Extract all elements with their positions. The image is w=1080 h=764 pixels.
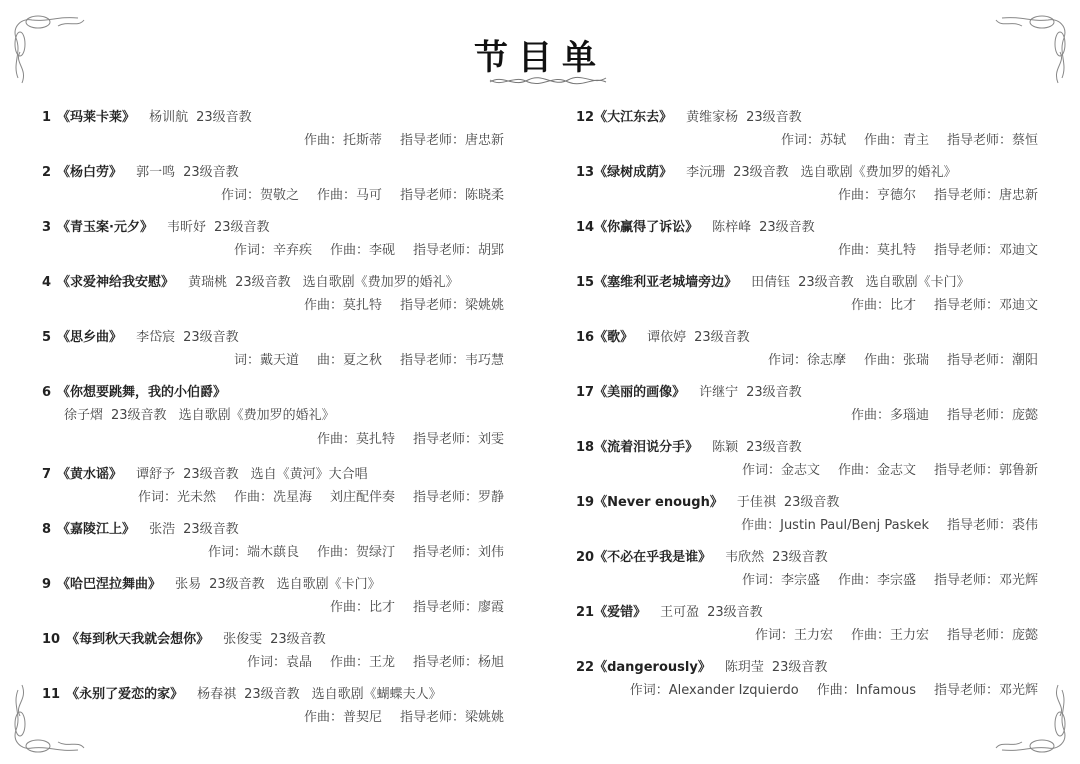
program-column-right: 12《大江东去》黄维家杨23级音教 作词：苏轼作曲：青主指导老师：蔡恒 13《绿… xyxy=(576,107,1038,712)
class-label: 23级音教 xyxy=(196,110,252,125)
credit: 作曲：王力宏 xyxy=(851,628,929,643)
source: 选自歌剧《卡门》 xyxy=(866,275,970,290)
performer: 谭舒予 xyxy=(136,467,175,482)
credit: 指导老师：郭鲁新 xyxy=(934,463,1038,478)
performer: 黄瑞桃 xyxy=(188,275,227,290)
credit: 指导老师：杨旭 xyxy=(413,655,504,670)
class-label: 23级音教 xyxy=(733,165,789,180)
item-number: 14 xyxy=(576,220,594,235)
credit: 作曲：李宗盛 xyxy=(838,573,916,588)
program-item: 18《流着泪说分手》陈颖23级音教 作词：金志文作曲：金志文指导老师：郭鲁新 xyxy=(576,437,1038,492)
program-item: 21《爱错》王可盈23级音教 作词：王力宏作曲：王力宏指导老师：庞懿 xyxy=(576,602,1038,657)
song-title: 《哈巴涅拉舞曲》 xyxy=(57,577,161,592)
credit: 作曲：王龙 xyxy=(330,655,395,670)
credit: 指导老师：唐忠新 xyxy=(934,188,1038,203)
program-item: 9《哈巴涅拉舞曲》张易23级音教选自歌剧《卡门》 作曲：比才指导老师：廖霞 xyxy=(42,574,504,629)
item-number: 12 xyxy=(576,110,594,125)
credit: 指导老师：庞懿 xyxy=(947,408,1038,423)
credit: 作曲：普契尼 xyxy=(304,710,382,725)
credit: 作曲：李砚 xyxy=(330,243,395,258)
credit: 指导老师：梁姚姚 xyxy=(400,710,504,725)
performer: 杨训航 xyxy=(149,110,188,125)
credit: 作词：贺敬之 xyxy=(221,188,299,203)
performer: 张俊雯 xyxy=(223,632,262,647)
class-label: 23级音教 xyxy=(183,165,239,180)
item-number: 9 xyxy=(42,577,51,592)
class-label: 23级音教 xyxy=(183,467,239,482)
song-title: 《不必在乎我是谁》 xyxy=(594,550,711,565)
program-item: 7《黄水谣》谭舒予23级音教选自《黄河》大合唱 作词：光未然作曲：冼星海刘庄配伴… xyxy=(42,464,504,519)
item-number: 4 xyxy=(42,275,51,290)
source: 选自歌剧《蝴蝶夫人》 xyxy=(312,687,442,702)
credit: 指导老师：刘雯 xyxy=(413,432,504,447)
credit: 作曲：张瑞 xyxy=(864,353,929,368)
source: 选自歌剧《卡门》 xyxy=(277,577,381,592)
performer: 张易 xyxy=(175,577,201,592)
credit: 作曲：亨德尔 xyxy=(838,188,916,203)
credit: 作曲：马可 xyxy=(317,188,382,203)
item-number: 5 xyxy=(42,330,51,345)
song-title: 《求爱神给我安慰》 xyxy=(57,275,174,290)
class-label: 23级音教 xyxy=(746,385,802,400)
performer: 韦欣然 xyxy=(725,550,764,565)
credit: 词：戴天道 xyxy=(234,353,299,368)
item-number: 1 xyxy=(42,110,51,125)
performer: 陈颖 xyxy=(712,440,738,455)
program-item: 3《青玉案·元夕》韦昕妤23级音教 作词：辛弃疾作曲：李砚指导老师：胡郢 xyxy=(42,217,504,272)
credit: 作词：王力宏 xyxy=(755,628,833,643)
class-label: 23级音教 xyxy=(694,330,750,345)
credit: 作词：徐志摩 xyxy=(768,353,846,368)
song-title: 《玛莱卡莱》 xyxy=(57,110,135,125)
item-number: 18 xyxy=(576,440,594,455)
credit: 作曲：莫扎特 xyxy=(317,432,395,447)
program-item: 8《嘉陵江上》张浩23级音教 作词：端木蕻良作曲：贺绿汀指导老师：刘伟 xyxy=(42,519,504,574)
source: 选自歌剧《费加罗的婚礼》 xyxy=(303,275,459,290)
credit: 作曲：青主 xyxy=(864,133,929,148)
class-label: 23级音教 xyxy=(209,577,265,592)
credit: 指导老师：陈晓柔 xyxy=(400,188,504,203)
class-label: 23级音教 xyxy=(707,605,763,620)
credit: 作词：袁晶 xyxy=(247,655,312,670)
performer: 李岱宸 xyxy=(136,330,175,345)
class-label: 23级音教 xyxy=(235,275,291,290)
class-label: 23级音教 xyxy=(798,275,854,290)
item-number: 13 xyxy=(576,165,594,180)
performer: 王可盈 xyxy=(660,605,699,620)
song-title: 《永别了爱恋的家》 xyxy=(66,687,183,702)
title-flourish-icon xyxy=(488,70,608,90)
credit: 作曲：比才 xyxy=(330,600,395,615)
song-title: 《嘉陵江上》 xyxy=(57,522,135,537)
credit: 指导老师：潮阳 xyxy=(947,353,1038,368)
program-item: 11《永别了爱恋的家》杨春祺23级音教选自歌剧《蝴蝶夫人》 作曲：普契尼指导老师… xyxy=(42,684,504,739)
credit: 指导老师：庞懿 xyxy=(947,628,1038,643)
credit: 作词：李宗盛 xyxy=(742,573,820,588)
song-title: 《绿树成荫》 xyxy=(594,165,672,180)
performer: 陈玥莹 xyxy=(725,660,764,675)
credit: 作词：端木蕻良 xyxy=(208,545,299,560)
performer: 张浩 xyxy=(149,522,175,537)
credit: 指导老师：罗静 xyxy=(413,490,504,505)
item-number: 10 xyxy=(42,632,60,647)
performer: 谭依婷 xyxy=(647,330,686,345)
class-label: 23级音教 xyxy=(244,687,300,702)
song-title: 《美丽的画像》 xyxy=(594,385,685,400)
item-number: 17 xyxy=(576,385,594,400)
credit: 作词：辛弃疾 xyxy=(234,243,312,258)
item-number: 8 xyxy=(42,522,51,537)
class-label: 23级音教 xyxy=(183,522,239,537)
item-number: 21 xyxy=(576,605,594,620)
item-number: 3 xyxy=(42,220,51,235)
song-title: 《dangerously》 xyxy=(594,660,711,675)
credit: 指导老师：梁姚姚 xyxy=(400,298,504,313)
program-item: 14《你赢得了诉讼》陈梓峰23级音教 作曲：莫扎特指导老师：邓迪文 xyxy=(576,217,1038,272)
class-label: 23级音教 xyxy=(746,110,802,125)
song-title: 《你想要跳舞，我的小伯爵》 xyxy=(57,385,226,400)
credit: 指导老师：邓光辉 xyxy=(934,573,1038,588)
item-number: 6 xyxy=(42,385,51,400)
credit: 指导老师：裘伟 xyxy=(947,518,1038,533)
class-label: 23级音教 xyxy=(111,408,167,423)
credit: 指导老师：蔡恒 xyxy=(947,133,1038,148)
credit: 指导老师：邓迪文 xyxy=(934,243,1038,258)
song-title: 《爱错》 xyxy=(594,605,646,620)
performer: 韦昕妤 xyxy=(167,220,206,235)
credit: 指导老师：唐忠新 xyxy=(400,133,504,148)
credit: 作曲：Justin Paul/Benj Paskek xyxy=(741,518,929,533)
program-item: 19《Never enough》于佳祺23级音教 作曲：Justin Paul/… xyxy=(576,492,1038,547)
song-title: 《大江东去》 xyxy=(594,110,672,125)
item-number: 20 xyxy=(576,550,594,565)
credit: 作词：光未然 xyxy=(138,490,216,505)
source: 选自歌剧《费加罗的婚礼》 xyxy=(179,408,335,423)
credit: 作曲：冼星海 xyxy=(234,490,312,505)
credit: 作曲：贺绿汀 xyxy=(317,545,395,560)
performer: 徐子熠 xyxy=(64,408,103,423)
source: 选自《黄河》大合唱 xyxy=(251,467,368,482)
credit: 作曲：莫扎特 xyxy=(304,298,382,313)
class-label: 23级音教 xyxy=(784,495,840,510)
item-number: 16 xyxy=(576,330,594,345)
program-item: 13《绿树成荫》李沅珊23级音教选自歌剧《费加罗的婚礼》 作曲：亨德尔指导老师：… xyxy=(576,162,1038,217)
performer: 许继宁 xyxy=(699,385,738,400)
song-title: 《Never enough》 xyxy=(594,495,723,510)
program-item: 22《dangerously》陈玥莹23级音教 作词：Alexander Izq… xyxy=(576,657,1038,712)
credit: 作曲：莫扎特 xyxy=(838,243,916,258)
performer: 田倩钰 xyxy=(751,275,790,290)
song-title: 《黄水谣》 xyxy=(57,467,122,482)
performer: 陈梓峰 xyxy=(712,220,751,235)
program-item: 6《你想要跳舞，我的小伯爵》 徐子熠23级音教选自歌剧《费加罗的婚礼》 作曲：莫… xyxy=(42,382,504,464)
program-column-left: 1《玛莱卡莱》杨训航23级音教 作曲：托斯蒂指导老师：唐忠新 2《杨白劳》郭一鸣… xyxy=(42,107,504,739)
class-label: 23级音教 xyxy=(772,660,828,675)
program-item: 15《塞维利亚老城墙旁边》田倩钰23级音教选自歌剧《卡门》 作曲：比才指导老师：… xyxy=(576,272,1038,327)
credit: 作曲：多瑙迪 xyxy=(851,408,929,423)
credit: 作曲：比才 xyxy=(851,298,916,313)
credit: 曲：夏之秋 xyxy=(317,353,382,368)
item-number: 22 xyxy=(576,660,594,675)
song-title: 《思乡曲》 xyxy=(57,330,122,345)
credit: 作曲：托斯蒂 xyxy=(304,133,382,148)
song-title: 《杨白劳》 xyxy=(57,165,122,180)
class-label: 23级音教 xyxy=(746,440,802,455)
song-title: 《每到秋天我就会想你》 xyxy=(66,632,209,647)
class-label: 23级音教 xyxy=(772,550,828,565)
credit: 刘庄配伴奏 xyxy=(330,490,395,505)
performer: 于佳祺 xyxy=(737,495,776,510)
program-item: 10《每到秋天我就会想你》张俊雯23级音教 作词：袁晶作曲：王龙指导老师：杨旭 xyxy=(42,629,504,684)
source: 选自歌剧《费加罗的婚礼》 xyxy=(801,165,957,180)
program-item: 12《大江东去》黄维家杨23级音教 作词：苏轼作曲：青主指导老师：蔡恒 xyxy=(576,107,1038,162)
song-title: 《青玉案·元夕》 xyxy=(57,220,153,235)
item-number: 19 xyxy=(576,495,594,510)
song-title: 《流着泪说分手》 xyxy=(594,440,698,455)
performer: 杨春祺 xyxy=(197,687,236,702)
class-label: 23级音教 xyxy=(214,220,270,235)
item-number: 7 xyxy=(42,467,51,482)
performer: 郭一鸣 xyxy=(136,165,175,180)
song-title: 《你赢得了诉讼》 xyxy=(594,220,698,235)
class-label: 23级音教 xyxy=(759,220,815,235)
performer: 黄维家杨 xyxy=(686,110,738,125)
program-item: 20《不必在乎我是谁》韦欣然23级音教 作词：李宗盛作曲：李宗盛指导老师：邓光辉 xyxy=(576,547,1038,602)
item-number: 11 xyxy=(42,687,60,702)
program-item: 2《杨白劳》郭一鸣23级音教 作词：贺敬之作曲：马可指导老师：陈晓柔 xyxy=(42,162,504,217)
class-label: 23级音教 xyxy=(270,632,326,647)
credit: 指导老师：韦巧慧 xyxy=(400,353,504,368)
credit: 指导老师：廖霞 xyxy=(413,600,504,615)
item-number: 15 xyxy=(576,275,594,290)
program-item: 16《歌》谭依婷23级音教 作词：徐志摩作曲：张瑞指导老师：潮阳 xyxy=(576,327,1038,382)
credit: 指导老师：邓光辉 xyxy=(934,683,1038,698)
credit: 作曲：Infamous xyxy=(817,683,916,698)
program-item: 5《思乡曲》李岱宸23级音教 词：戴天道曲：夏之秋指导老师：韦巧慧 xyxy=(42,327,504,382)
credit: 指导老师：胡郢 xyxy=(413,243,504,258)
song-title: 《塞维利亚老城墙旁边》 xyxy=(594,275,737,290)
credit: 指导老师：刘伟 xyxy=(413,545,504,560)
performer: 李沅珊 xyxy=(686,165,725,180)
credit: 作词：金志文 xyxy=(742,463,820,478)
song-title: 《歌》 xyxy=(594,330,633,345)
program-item: 4《求爱神给我安慰》黄瑞桃23级音教选自歌剧《费加罗的婚礼》 作曲：莫扎特指导老… xyxy=(42,272,504,327)
program-item: 1《玛莱卡莱》杨训航23级音教 作曲：托斯蒂指导老师：唐忠新 xyxy=(42,107,504,162)
item-number: 2 xyxy=(42,165,51,180)
program-item: 17《美丽的画像》许继宁23级音教 作曲：多瑙迪指导老师：庞懿 xyxy=(576,382,1038,437)
class-label: 23级音教 xyxy=(183,330,239,345)
credit: 作曲：金志文 xyxy=(838,463,916,478)
credit: 作词：Alexander Izquierdo xyxy=(630,683,799,698)
credit: 指导老师：邓迪文 xyxy=(934,298,1038,313)
credit: 作词：苏轼 xyxy=(781,133,846,148)
